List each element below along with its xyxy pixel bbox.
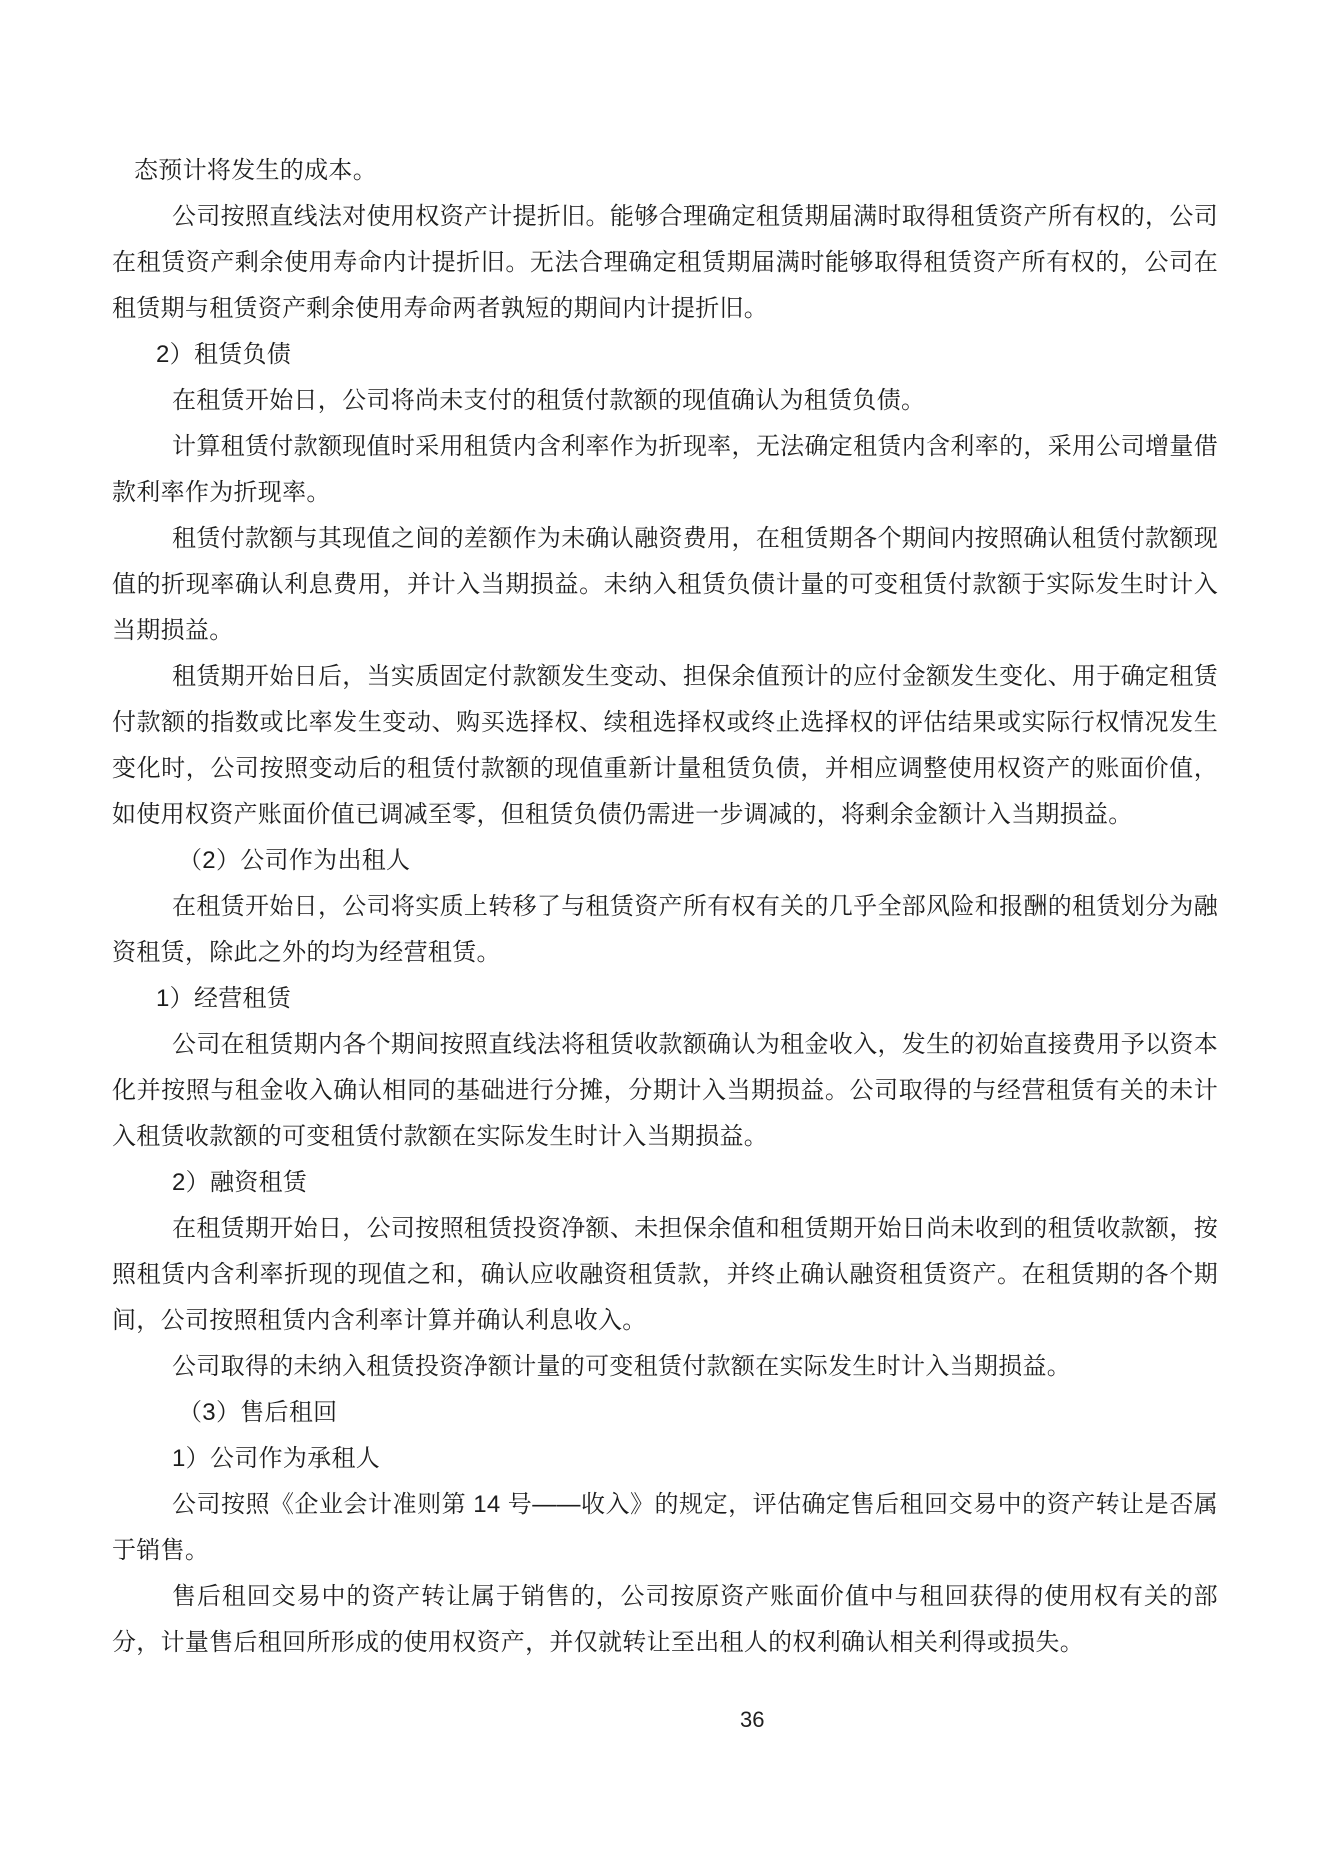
- paragraph-variable-lease-payments: 公司取得的未纳入租赁投资净额计量的可变租赁付款额在实际发生时计入当期损益。: [112, 1344, 1218, 1390]
- paragraph-lessor-classification: 在租赁开始日，公司将实质上转移了与租赁资产所有权有关的几乎全部风险和报酬的租赁划…: [112, 884, 1218, 976]
- paragraph-continuation: 态预计将发生的成本。: [112, 148, 1218, 194]
- heading-sale-and-leaseback: （3）售后租回: [112, 1390, 1218, 1436]
- heading-finance-lease: 2）融资租赁: [112, 1160, 1218, 1206]
- paragraph-lease-liability-recognition: 在租赁开始日，公司将尚未支付的租赁付款额的现值确认为租赁负债。: [112, 378, 1218, 424]
- heading-operating-lease: 1）经营租赁: [112, 976, 1218, 1022]
- document-body: 态预计将发生的成本。 公司按照直线法对使用权资产计提折旧。能够合理确定租赁期届满…: [112, 148, 1218, 1666]
- paragraph-rou-asset-depreciation: 公司按照直线法对使用权资产计提折旧。能够合理确定租赁期届满时取得租赁资产所有权的…: [112, 194, 1218, 332]
- heading-lease-liability: 2）租赁负债: [112, 332, 1218, 378]
- paragraph-cas14-assessment: 公司按照《企业会计准则第 14 号——收入》的规定，评估确定售后租回交易中的资产…: [112, 1482, 1218, 1574]
- heading-company-as-lessee: 1）公司作为承租人: [112, 1436, 1218, 1482]
- document-page: 态预计将发生的成本。 公司按照直线法对使用权资产计提折旧。能够合理确定租赁期届满…: [0, 0, 1323, 1871]
- paragraph-finance-lease-recognition: 在租赁期开始日，公司按照租赁投资净额、未担保余值和租赁期开始日尚未收到的租赁收款…: [112, 1206, 1218, 1344]
- paragraph-discount-rate: 计算租赁付款额现值时采用租赁内含利率作为折现率，无法确定租赁内含利率的，采用公司…: [112, 424, 1218, 516]
- paragraph-operating-lease-income: 公司在租赁期内各个期间按照直线法将租赁收款额确认为租金收入，发生的初始直接费用予…: [112, 1022, 1218, 1160]
- page-number: 36: [740, 1706, 764, 1734]
- heading-company-as-lessor: （2）公司作为出租人: [112, 838, 1218, 884]
- paragraph-remeasurement: 租赁期开始日后，当实质固定付款额发生变动、担保余值预计的应付金额发生变化、用于确…: [112, 654, 1218, 838]
- paragraph-transfer-is-sale: 售后租回交易中的资产转让属于销售的，公司按原资产账面价值中与租回获得的使用权有关…: [112, 1574, 1218, 1666]
- paragraph-unrecognized-financing-cost: 租赁付款额与其现值之间的差额作为未确认融资费用，在租赁期各个期间内按照确认租赁付…: [112, 516, 1218, 654]
